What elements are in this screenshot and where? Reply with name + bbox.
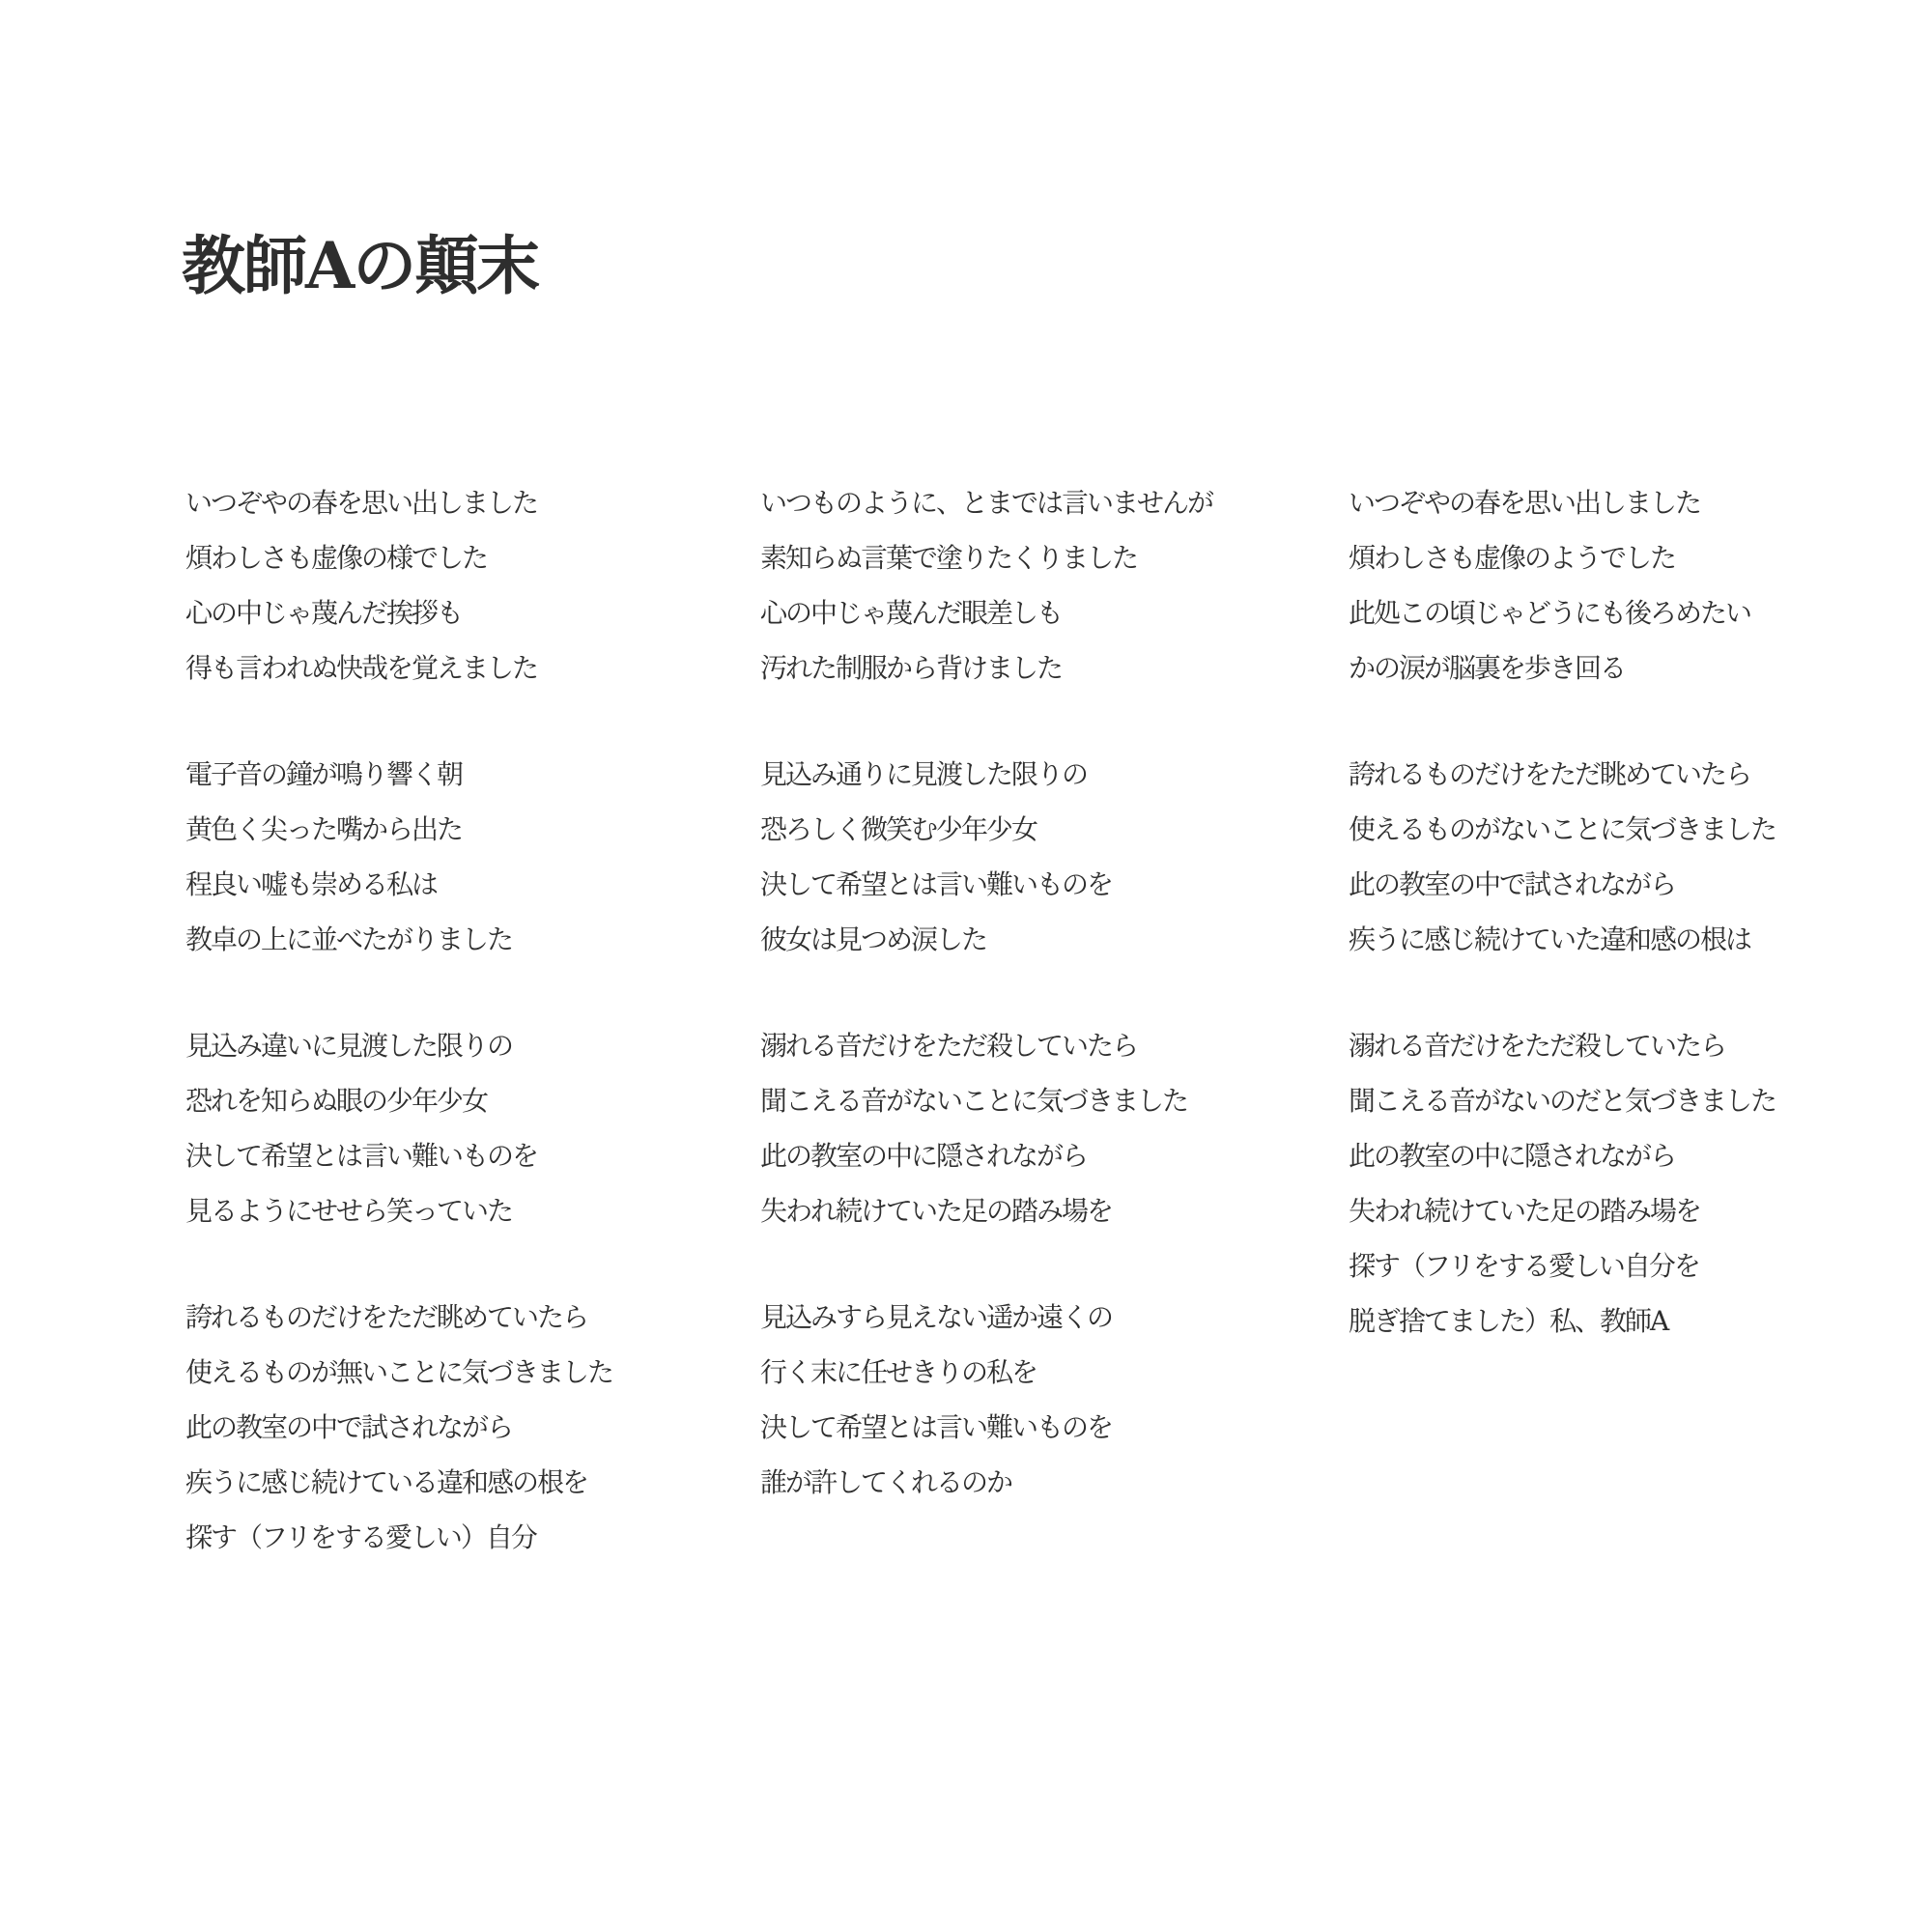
lyric-line: 聞こえる音がないのだと気づきました <box>1349 1073 1776 1128</box>
stanza: 見込み違いに見渡した限りの恐れを知らぬ眼の少年少女決して希望とは言い難いものを見… <box>185 1018 612 1238</box>
lyric-line: 誰が許してくれるのか <box>760 1455 1212 1510</box>
lyric-line: 程良い嘘も崇める私は <box>185 857 612 912</box>
lyric-line: 使えるものが無いことに気づきました <box>185 1345 612 1400</box>
lyric-line: 失われ続けていた足の踏み場を <box>1349 1183 1776 1238</box>
lyric-line: 素知らぬ言葉で塗りたくりました <box>760 530 1212 585</box>
lyrics-sheet: 教師Aの顛末 いつぞやの春を思い出しました煩わしさも虚像の様でした心の中じゃ蔑ん… <box>0 0 1932 1932</box>
stanza: 溺れる音だけをただ殺していたら聞こえる音がないのだと気づきました此の教室の中に隠… <box>1349 1018 1776 1349</box>
lyric-line: いつぞやの春を思い出しました <box>1349 475 1776 530</box>
lyrics-column-2: いつものように、とまでは言いませんが素知らぬ言葉で塗りたくりました心の中じゃ蔑ん… <box>760 475 1212 1561</box>
lyric-line: 見込みすら見えない遥か遠くの <box>760 1290 1212 1345</box>
stanza: 誇れるものだけをただ眺めていたら使えるものがないことに気づきました此の教室の中で… <box>1349 747 1776 967</box>
lyric-line: 使えるものがないことに気づきました <box>1349 802 1776 857</box>
lyric-line: 黄色く尖った嘴から出た <box>185 802 612 857</box>
lyric-line: 得も言われぬ快哉を覚えました <box>185 640 612 696</box>
lyric-line: 行く末に任せきりの私を <box>760 1345 1212 1400</box>
stanza: いつものように、とまでは言いませんが素知らぬ言葉で塗りたくりました心の中じゃ蔑ん… <box>760 475 1212 696</box>
lyric-line: いつものように、とまでは言いませんが <box>760 475 1212 530</box>
lyric-line: 此の教室の中に隠されながら <box>760 1128 1212 1183</box>
lyric-line: 見るようにせせら笑っていた <box>185 1183 612 1238</box>
lyric-line: 電子音の鐘が鳴り響く朝 <box>185 747 612 802</box>
lyric-line: 此の教室の中に隠されながら <box>1349 1128 1776 1183</box>
lyric-line: 溺れる音だけをただ殺していたら <box>760 1018 1212 1073</box>
lyric-line: 脱ぎ捨てました）私、教師A <box>1349 1293 1776 1349</box>
lyric-line: 決して希望とは言い難いものを <box>185 1128 612 1183</box>
lyric-line: 此処この頃じゃどうにも後ろめたい <box>1349 585 1776 640</box>
lyrics-column-1: いつぞやの春を思い出しました煩わしさも虚像の様でした心の中じゃ蔑んだ挨拶も得も言… <box>185 475 612 1616</box>
lyric-line: 汚れた制服から背けました <box>760 640 1212 696</box>
lyric-line: 決して希望とは言い難いものを <box>760 857 1212 912</box>
stanza: いつぞやの春を思い出しました煩わしさも虚像の様でした心の中じゃ蔑んだ挨拶も得も言… <box>185 475 612 696</box>
stanza: 誇れるものだけをただ眺めていたら使えるものが無いことに気づきました此の教室の中で… <box>185 1290 612 1565</box>
lyric-line: 煩わしさも虚像の様でした <box>185 530 612 585</box>
lyric-line: 誇れるものだけをただ眺めていたら <box>1349 747 1776 802</box>
lyric-line: いつぞやの春を思い出しました <box>185 475 612 530</box>
lyric-line: 恐れを知らぬ眼の少年少女 <box>185 1073 612 1128</box>
stanza: 電子音の鐘が鳴り響く朝黄色く尖った嘴から出た程良い嘘も崇める私は教卓の上に並べた… <box>185 747 612 967</box>
lyric-line: 聞こえる音がないことに気づきました <box>760 1073 1212 1128</box>
lyric-line: 溺れる音だけをただ殺していたら <box>1349 1018 1776 1073</box>
song-title: 教師Aの顛末 <box>182 228 538 304</box>
lyric-line: 見込み違いに見渡した限りの <box>185 1018 612 1073</box>
stanza: 見込みすら見えない遥か遠くの行く末に任せきりの私を決して希望とは言い難いものを誰… <box>760 1290 1212 1510</box>
lyric-line: 煩わしさも虚像のようでした <box>1349 530 1776 585</box>
stanza: 見込み通りに見渡した限りの恐ろしく微笑む少年少女決して希望とは言い難いものを彼女… <box>760 747 1212 967</box>
lyric-line: 失われ続けていた足の踏み場を <box>760 1183 1212 1238</box>
lyric-line: 此の教室の中で試されながら <box>1349 857 1776 912</box>
lyric-line: 恐ろしく微笑む少年少女 <box>760 802 1212 857</box>
stanza: 溺れる音だけをただ殺していたら聞こえる音がないことに気づきました此の教室の中に隠… <box>760 1018 1212 1238</box>
lyric-line: 見込み通りに見渡した限りの <box>760 747 1212 802</box>
lyric-line: 探す（フリをする愛しい自分を <box>1349 1238 1776 1293</box>
lyric-line: 心の中じゃ蔑んだ眼差しも <box>760 585 1212 640</box>
lyric-line: 心の中じゃ蔑んだ挨拶も <box>185 585 612 640</box>
lyric-line: 教卓の上に並べたがりました <box>185 912 612 967</box>
lyric-line: 疾うに感じ続けていた違和感の根は <box>1349 912 1776 967</box>
lyric-line: かの涙が脳裏を歩き回る <box>1349 640 1776 696</box>
lyric-line: 探す（フリをする愛しい）自分 <box>185 1510 612 1565</box>
lyric-line: 彼女は見つめ涙した <box>760 912 1212 967</box>
lyric-line: 誇れるものだけをただ眺めていたら <box>185 1290 612 1345</box>
lyrics-column-3: いつぞやの春を思い出しました煩わしさも虚像のようでした此処この頃じゃどうにも後ろ… <box>1349 475 1776 1400</box>
lyric-line: 此の教室の中で試されながら <box>185 1400 612 1455</box>
lyric-line: 疾うに感じ続けている違和感の根を <box>185 1455 612 1510</box>
lyric-line: 決して希望とは言い難いものを <box>760 1400 1212 1455</box>
stanza: いつぞやの春を思い出しました煩わしさも虚像のようでした此処この頃じゃどうにも後ろ… <box>1349 475 1776 696</box>
